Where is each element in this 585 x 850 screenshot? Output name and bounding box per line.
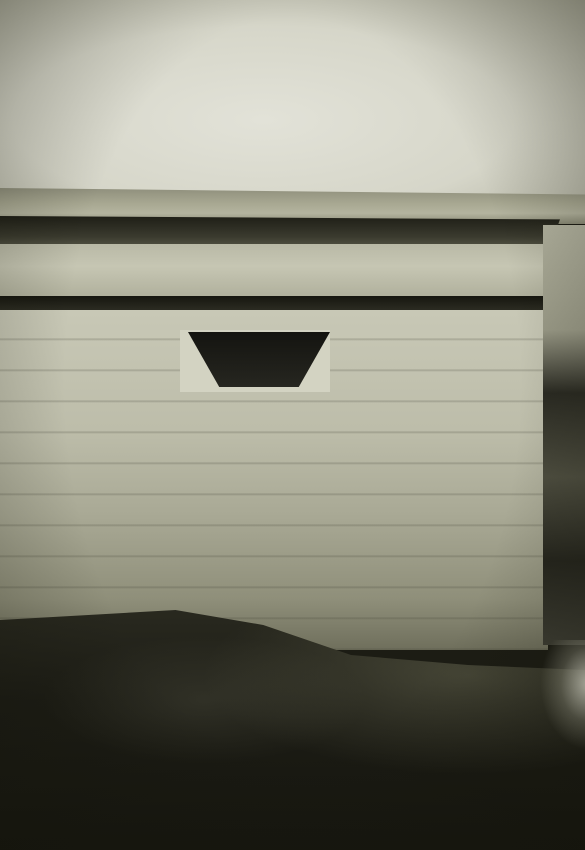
bunker-photo	[0, 0, 585, 850]
sky	[0, 0, 585, 200]
bunker-upper-band	[0, 244, 555, 300]
light-flare	[540, 640, 585, 750]
side-figure	[543, 225, 585, 645]
